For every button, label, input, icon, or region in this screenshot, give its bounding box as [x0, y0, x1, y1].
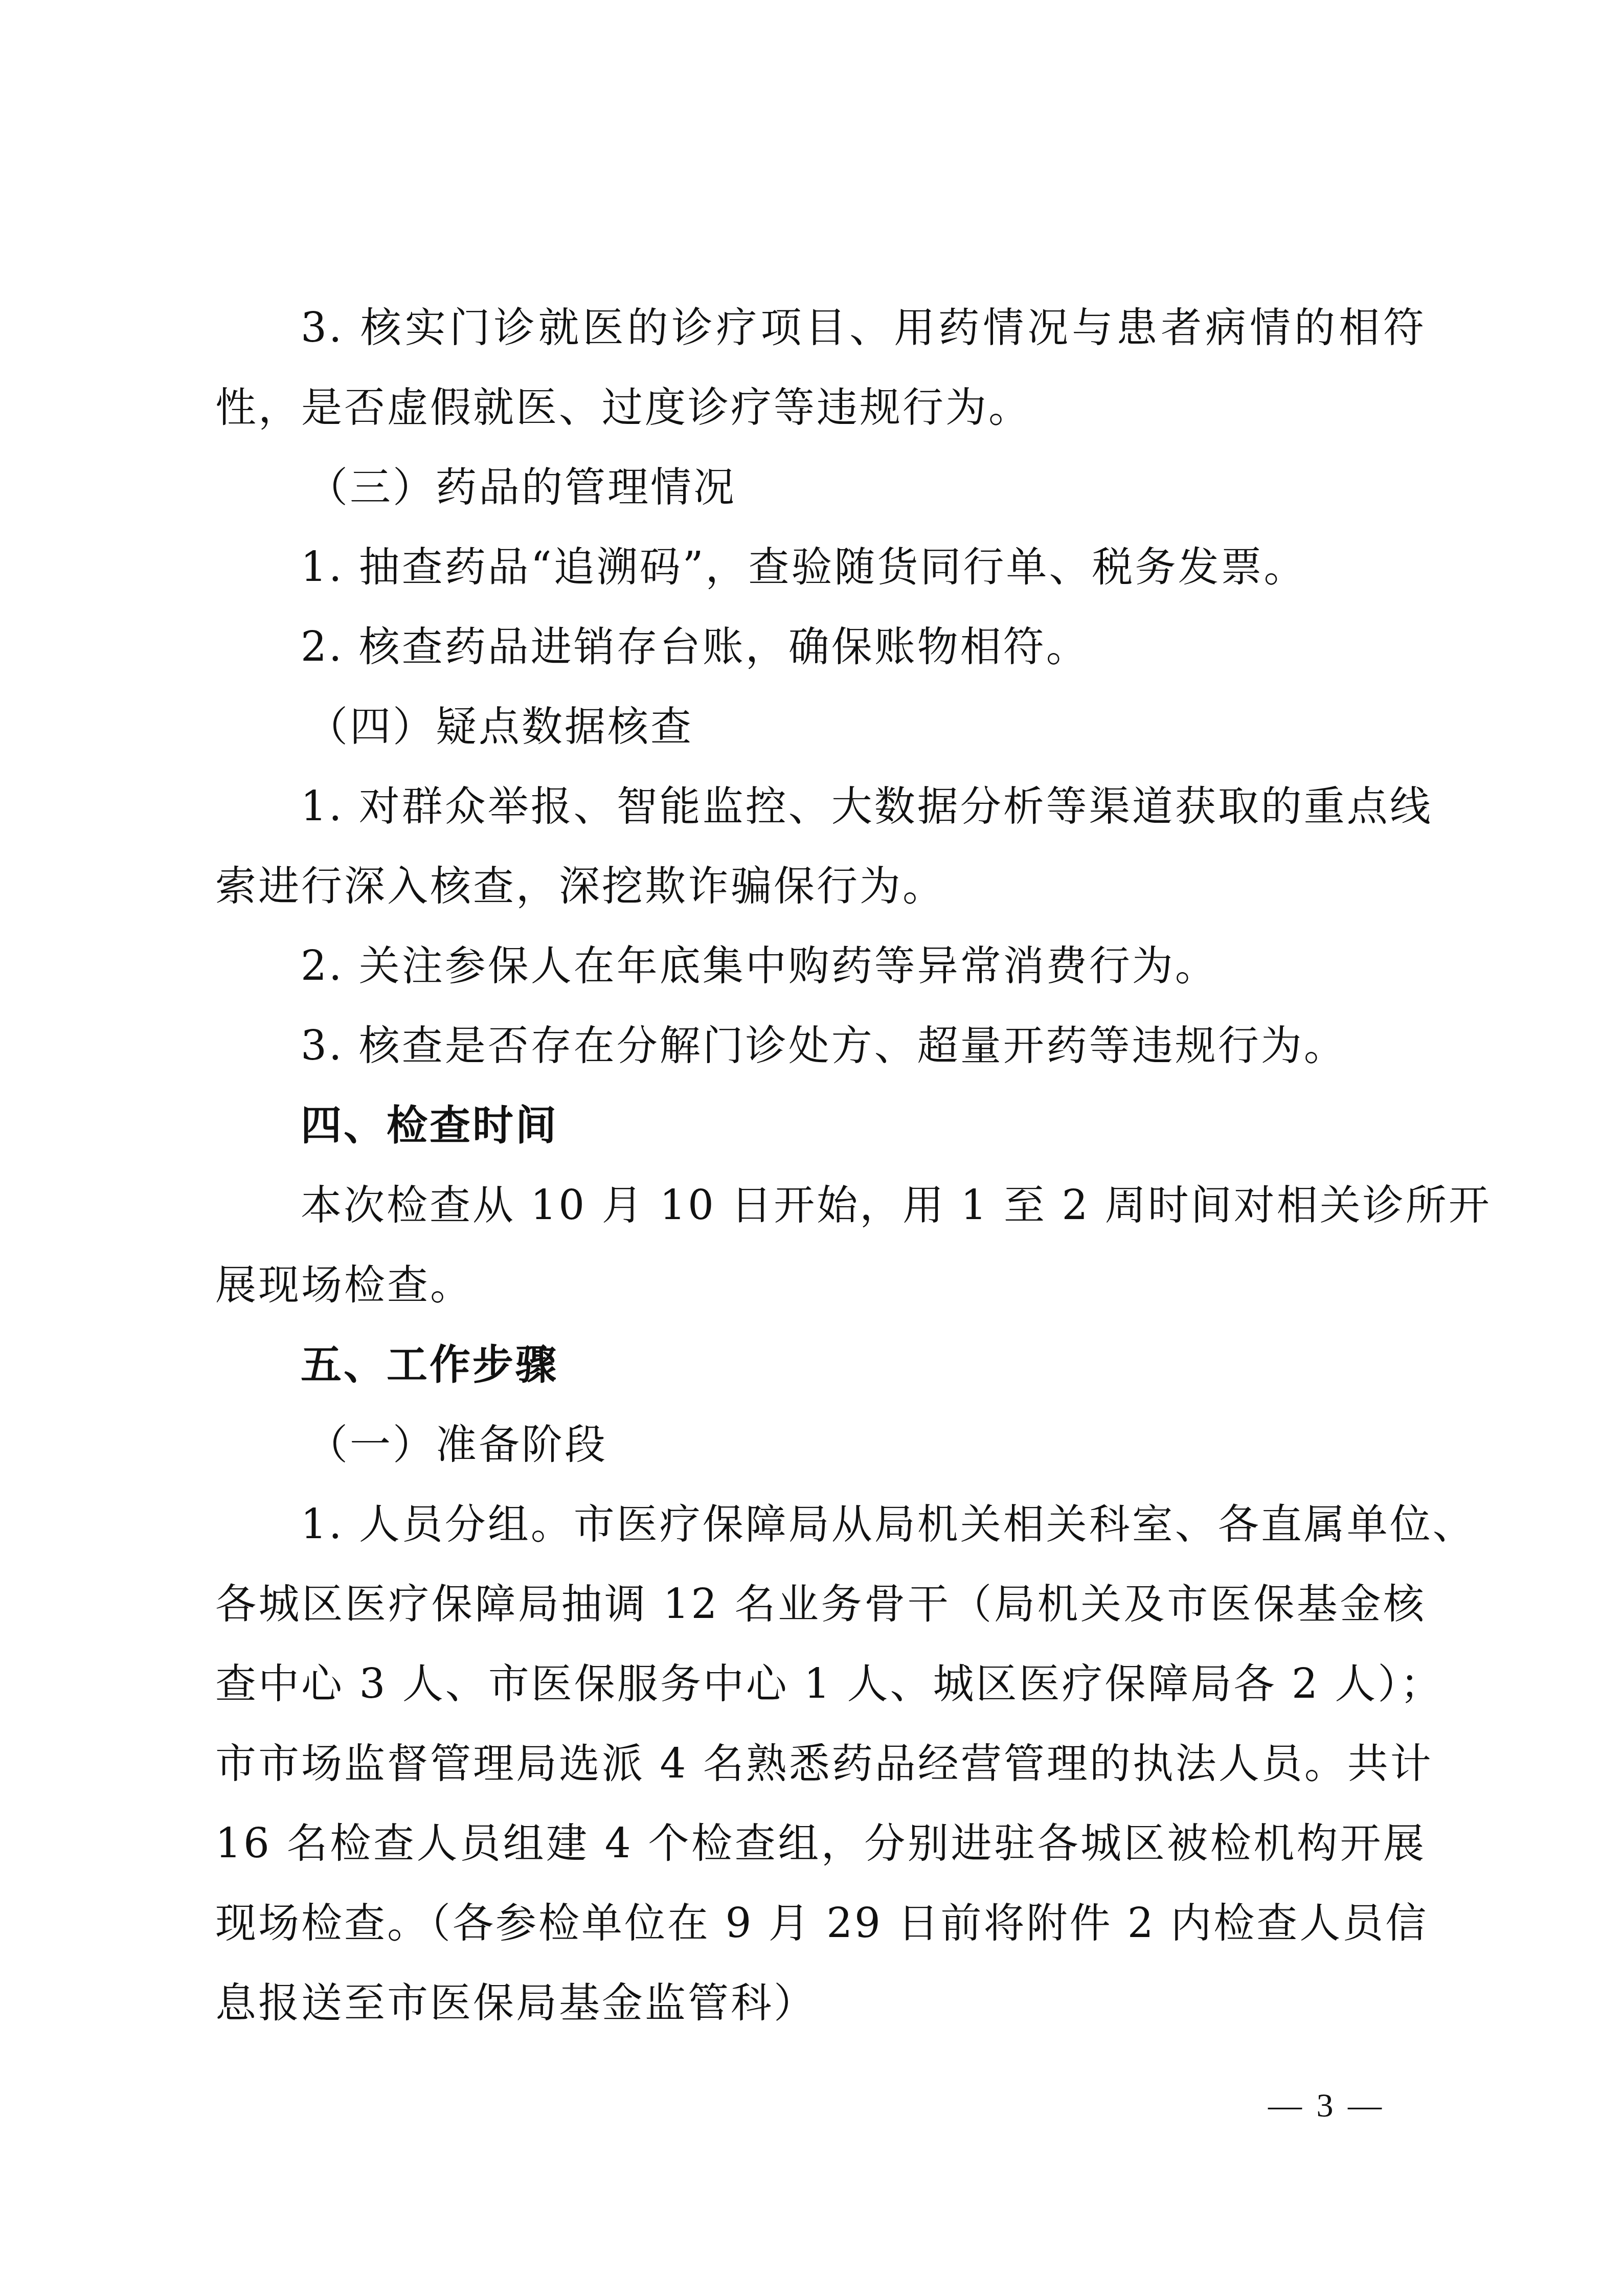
paragraph-line: 16 名检查人员组建 4 个检查组，分别进驻各城区被检机构开展 [215, 1804, 1426, 1883]
subheading-drug-management: （三）药品的管理情况 [307, 447, 1518, 527]
document-page: 3. 核实门诊就医的诊疗项目、用药情况与患者病情的相符 性，是否虚假就医、过度诊… [0, 0, 1624, 2296]
paragraph-line: 本次检查从 10 月 10 日开始，用 1 至 2 周时间对相关诊所开 [301, 1165, 1426, 1245]
paragraph-line: 展现场检查。 [215, 1245, 1426, 1325]
paragraph-line: 息报送至市医保局基金监管科） [215, 1963, 1426, 2043]
heading-work-steps: 五、工作步骤 [301, 1325, 1426, 1405]
paragraph-line: 市市场监督管理局选派 4 名熟悉药品经营管理的执法人员。共计 [215, 1724, 1426, 1804]
paragraph-line: 2. 核查药品进销存台账，确保账物相符。 [301, 607, 1426, 687]
paragraph-line: 1. 人员分组。市医疗保障局从局机关相关科室、各直属单位、 [301, 1484, 1426, 1564]
paragraph-line: 3. 核实门诊就医的诊疗项目、用药情况与患者病情的相符 [301, 288, 1426, 368]
paragraph-line: 性，是否虚假就医、过度诊疗等违规行为。 [215, 368, 1426, 447]
paragraph-line: 索进行深入核查，深挖欺诈骗保行为。 [215, 846, 1426, 926]
subheading-preparation: （一）准备阶段 [307, 1405, 1518, 1484]
paragraph-line: 2. 关注参保人在年底集中购药等异常消费行为。 [301, 926, 1426, 1006]
paragraph-line: 3. 核查是否存在分解门诊处方、超量开药等违规行为。 [301, 1006, 1426, 1086]
paragraph-line: 1. 抽查药品“追溯码”，查验随货同行单、税务发票。 [301, 527, 1426, 607]
page-number: — 3 — [1268, 2081, 1385, 2130]
paragraph-line: 各城区医疗保障局抽调 12 名业务骨干（局机关及市医保基金核 [215, 1564, 1426, 1644]
heading-inspection-time: 四、检查时间 [301, 1086, 1426, 1165]
paragraph-line: 查中心 3 人、市医保服务中心 1 人、城区医疗保障局各 2 人）； [215, 1644, 1426, 1724]
subheading-suspicious-data: （四）疑点数据核查 [307, 687, 1518, 767]
paragraph-line: 现场检查。（各参检单位在 9 月 29 日前将附件 2 内检查人员信 [215, 1883, 1426, 1963]
paragraph-line: 1. 对群众举报、智能监控、大数据分析等渠道获取的重点线 [301, 767, 1426, 846]
